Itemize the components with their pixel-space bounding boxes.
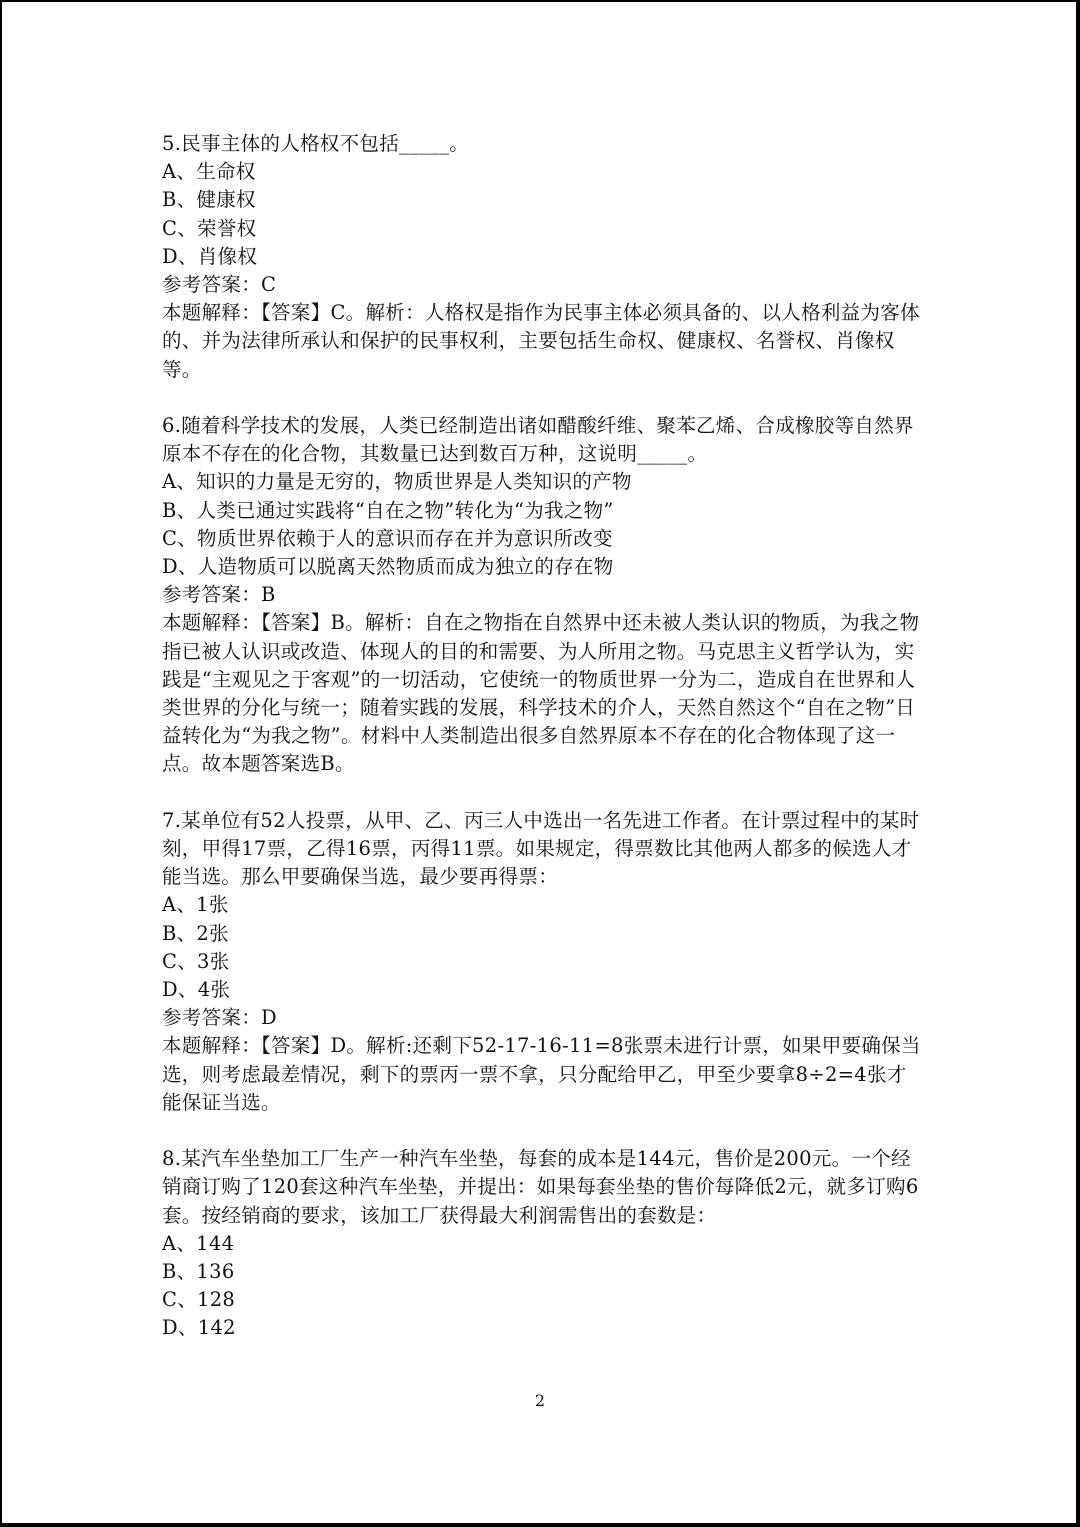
question-7: 7.某单位有52人投票，从甲、乙、丙三人中选出一名先进工作者。在计票过程中的某时… (162, 807, 922, 1117)
reference-answer: 参考答案：C (162, 271, 922, 299)
option-a: A、1张 (162, 891, 922, 919)
reference-answer: 参考答案：B (162, 581, 922, 609)
option-c: C、物质世界依赖于人的意识而存在并为意识所改变 (162, 525, 922, 553)
option-d: D、4张 (162, 976, 922, 1004)
question-stem: 5.民事主体的人格权不包括_____。 (162, 130, 922, 158)
answer-explanation: 本题解释：【答案】D。解析:还剩下52-17-16-11=8张票未进行计票，如果… (162, 1032, 922, 1117)
question-8: 8.某汽车坐垫加工厂生产一种汽车坐垫，每套的成本是144元，售价是200元。一个… (162, 1145, 922, 1342)
option-d: D、142 (162, 1314, 922, 1342)
option-a: A、144 (162, 1230, 922, 1258)
option-a: A、知识的力量是无穷的，物质世界是人类知识的产物 (162, 468, 922, 496)
question-stem: 8.某汽车坐垫加工厂生产一种汽车坐垫，每套的成本是144元，售价是200元。一个… (162, 1145, 922, 1230)
reference-answer: 参考答案：D (162, 1004, 922, 1032)
question-stem: 7.某单位有52人投票，从甲、乙、丙三人中选出一名先进工作者。在计票过程中的某时… (162, 807, 922, 892)
option-d: D、人造物质可以脱离天然物质而成为独立的存在物 (162, 553, 922, 581)
option-a: A、生命权 (162, 158, 922, 186)
question-6: 6.随着科学技术的发展，人类已经制造出诸如醋酸纤维、聚苯乙烯、合成橡胶等自然界原… (162, 412, 922, 779)
option-c: C、荣誉权 (162, 215, 922, 243)
answer-explanation: 本题解释：【答案】B。解析：自在之物指在自然界中还未被人类认识的物质，为我之物指… (162, 609, 922, 778)
option-b: B、人类已通过实践将“自在之物”转化为“为我之物” (162, 497, 922, 525)
page-number: 2 (0, 1391, 1080, 1410)
option-d: D、肖像权 (162, 243, 922, 271)
option-c: C、3张 (162, 948, 922, 976)
option-c: C、128 (162, 1286, 922, 1314)
page-content: 5.民事主体的人格权不包括_____。 A、生命权 B、健康权 C、荣誉权 D、… (162, 130, 922, 1371)
question-5: 5.民事主体的人格权不包括_____。 A、生命权 B、健康权 C、荣誉权 D、… (162, 130, 922, 384)
question-stem: 6.随着科学技术的发展，人类已经制造出诸如醋酸纤维、聚苯乙烯、合成橡胶等自然界原… (162, 412, 922, 468)
option-b: B、136 (162, 1258, 922, 1286)
option-b: B、健康权 (162, 186, 922, 214)
option-b: B、2张 (162, 920, 922, 948)
answer-explanation: 本题解释：【答案】C。解析：人格权是指作为民事主体必须具备的、以人格利益为客体的… (162, 299, 922, 384)
